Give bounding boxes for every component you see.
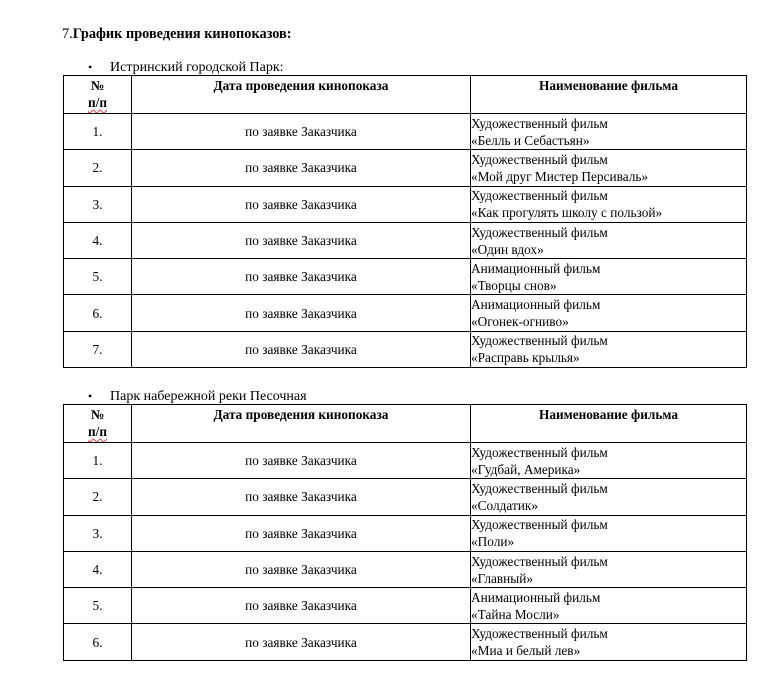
row-number: 3. xyxy=(64,186,132,222)
row-number: 3. xyxy=(64,515,132,551)
film-title: «Гудбай, Америка» xyxy=(471,461,746,478)
table-row: 3.по заявке ЗаказчикаХудожественный филь… xyxy=(64,515,747,551)
screening-date: по заявке Заказчика xyxy=(132,624,471,660)
table-row: 5.по заявке ЗаказчикаАнимационный фильм«… xyxy=(64,588,747,624)
film-title: «Солдатик» xyxy=(471,497,746,514)
table-row: 4.по заявке ЗаказчикаХудожественный филь… xyxy=(64,551,747,587)
header-film: Наименование фильма xyxy=(471,76,747,114)
table-row: 6.по заявке ЗаказчикаХудожественный филь… xyxy=(64,624,747,660)
screening-date: по заявке Заказчика xyxy=(132,114,471,150)
film-title: «Расправь крылья» xyxy=(471,349,746,366)
section-title: График проведения кинопоказов: xyxy=(73,26,292,42)
table-row: 7.по заявке ЗаказчикаХудожественный филь… xyxy=(64,331,747,367)
table-row: 6.по заявке ЗаказчикаАнимационный фильм«… xyxy=(64,295,747,331)
header-date: Дата проведения кинопоказа xyxy=(132,76,471,114)
row-number: 6. xyxy=(64,295,132,331)
film-type: Художественный фильм xyxy=(471,187,746,204)
film-type: Художественный фильм xyxy=(471,516,746,533)
film-title: «Главный» xyxy=(471,570,746,587)
film-title: «Поли» xyxy=(471,533,746,550)
table-header-row: № п/п Дата проведения кинопоказа Наимено… xyxy=(64,405,747,443)
film-title: «Как прогулять школу с пользой» xyxy=(471,204,746,221)
screening-date: по заявке Заказчика xyxy=(132,331,471,367)
film-title: «Огонек-огниво» xyxy=(471,313,746,330)
film-title: «Мой друг Мистер Персиваль» xyxy=(471,168,746,185)
film-cell: Художественный фильм«Миа и белый лев» xyxy=(471,624,747,660)
film-type: Анимационный фильм xyxy=(471,260,746,277)
film-title: «Белль и Себастьян» xyxy=(471,132,746,149)
film-cell: Художественный фильм«Главный» xyxy=(471,551,747,587)
row-number: 6. xyxy=(64,624,132,660)
film-type: Анимационный фильм xyxy=(471,589,746,606)
header-date: Дата проведения кинопоказа xyxy=(132,405,471,443)
table-header-row: № п/п Дата проведения кинопоказа Наимено… xyxy=(64,76,747,114)
film-cell: Анимационный фильм«Творцы снов» xyxy=(471,259,747,295)
row-number: 1. xyxy=(64,443,132,479)
table-row: 1.по заявке ЗаказчикаХудожественный филь… xyxy=(64,114,747,150)
film-title: «Творцы снов» xyxy=(471,277,746,294)
screening-date: по заявке Заказчика xyxy=(132,186,471,222)
header-number-symbol: № xyxy=(64,77,131,94)
film-cell: Художественный фильм«Расправь крылья» xyxy=(471,331,747,367)
film-cell: Художественный фильм«Мой друг Мистер Пер… xyxy=(471,150,747,186)
film-cell: Художественный фильм«Поли» xyxy=(471,515,747,551)
film-type: Художественный фильм xyxy=(471,553,746,570)
film-cell: Художественный фильм«Один вдох» xyxy=(471,222,747,258)
header-number-abbr: п/п xyxy=(88,95,107,110)
header-number-abbr: п/п xyxy=(88,424,107,439)
location-name: Истринский городской Парк: xyxy=(110,60,284,75)
location-heading-pesochnaya: •Парк набережной реки Песочная xyxy=(88,388,307,405)
schedule-table-pesochnaya: № п/п Дата проведения кинопоказа Наимено… xyxy=(63,404,747,661)
film-title: «Тайна Мосли» xyxy=(471,606,746,623)
screening-date: по заявке Заказчика xyxy=(132,443,471,479)
row-number: 4. xyxy=(64,551,132,587)
film-type: Художественный фильм xyxy=(471,332,746,349)
table-row: 2.по заявке ЗаказчикаХудожественный филь… xyxy=(64,150,747,186)
film-cell: Художественный фильм«Как прогулять школу… xyxy=(471,186,747,222)
film-type: Художественный фильм xyxy=(471,625,746,642)
table-row: 5.по заявке ЗаказчикаАнимационный фильм«… xyxy=(64,259,747,295)
table-body: 1.по заявке ЗаказчикаХудожественный филь… xyxy=(64,443,747,661)
row-number: 5. xyxy=(64,588,132,624)
row-number: 7. xyxy=(64,331,132,367)
row-number: 1. xyxy=(64,114,132,150)
film-type: Художественный фильм xyxy=(471,151,746,168)
bullet-icon: • xyxy=(88,388,110,404)
screening-date: по заявке Заказчика xyxy=(132,551,471,587)
screening-date: по заявке Заказчика xyxy=(132,295,471,331)
film-type: Анимационный фильм xyxy=(471,296,746,313)
row-number: 4. xyxy=(64,222,132,258)
film-type: Художественный фильм xyxy=(471,480,746,497)
screening-date: по заявке Заказчика xyxy=(132,588,471,624)
film-title: «Миа и белый лев» xyxy=(471,642,746,659)
table-row: 3.по заявке ЗаказчикаХудожественный филь… xyxy=(64,186,747,222)
film-cell: Анимационный фильм«Тайна Мосли» xyxy=(471,588,747,624)
film-cell: Художественный фильм«Солдатик» xyxy=(471,479,747,515)
screening-date: по заявке Заказчика xyxy=(132,259,471,295)
film-type: Художественный фильм xyxy=(471,115,746,132)
location-heading-istra: •Истринский городской Парк: xyxy=(88,59,284,76)
location-name: Парк набережной реки Песочная xyxy=(110,389,307,404)
table-body: 1.по заявке ЗаказчикаХудожественный филь… xyxy=(64,114,747,368)
header-number: № п/п xyxy=(64,405,132,443)
section-heading: 7.График проведения кинопоказов: xyxy=(62,26,292,42)
table-row: 1.по заявке ЗаказчикаХудожественный филь… xyxy=(64,443,747,479)
row-number: 2. xyxy=(64,479,132,515)
header-number: № п/п xyxy=(64,76,132,114)
film-type: Художественный фильм xyxy=(471,444,746,461)
screening-date: по заявке Заказчика xyxy=(132,222,471,258)
row-number: 2. xyxy=(64,150,132,186)
film-cell: Анимационный фильм«Огонек-огниво» xyxy=(471,295,747,331)
film-title: «Один вдох» xyxy=(471,241,746,258)
screening-date: по заявке Заказчика xyxy=(132,479,471,515)
header-number-symbol: № xyxy=(64,406,131,423)
schedule-table-istra: № п/п Дата проведения кинопоказа Наимено… xyxy=(63,75,747,368)
film-type: Художественный фильм xyxy=(471,224,746,241)
section-number: 7. xyxy=(62,26,73,42)
screening-date: по заявке Заказчика xyxy=(132,515,471,551)
screening-date: по заявке Заказчика xyxy=(132,150,471,186)
table-row: 2.по заявке ЗаказчикаХудожественный филь… xyxy=(64,479,747,515)
bullet-icon: • xyxy=(88,59,110,75)
header-film: Наименование фильма xyxy=(471,405,747,443)
table-row: 4.по заявке ЗаказчикаХудожественный филь… xyxy=(64,222,747,258)
film-cell: Художественный фильм«Белль и Себастьян» xyxy=(471,114,747,150)
film-cell: Художественный фильм«Гудбай, Америка» xyxy=(471,443,747,479)
row-number: 5. xyxy=(64,259,132,295)
